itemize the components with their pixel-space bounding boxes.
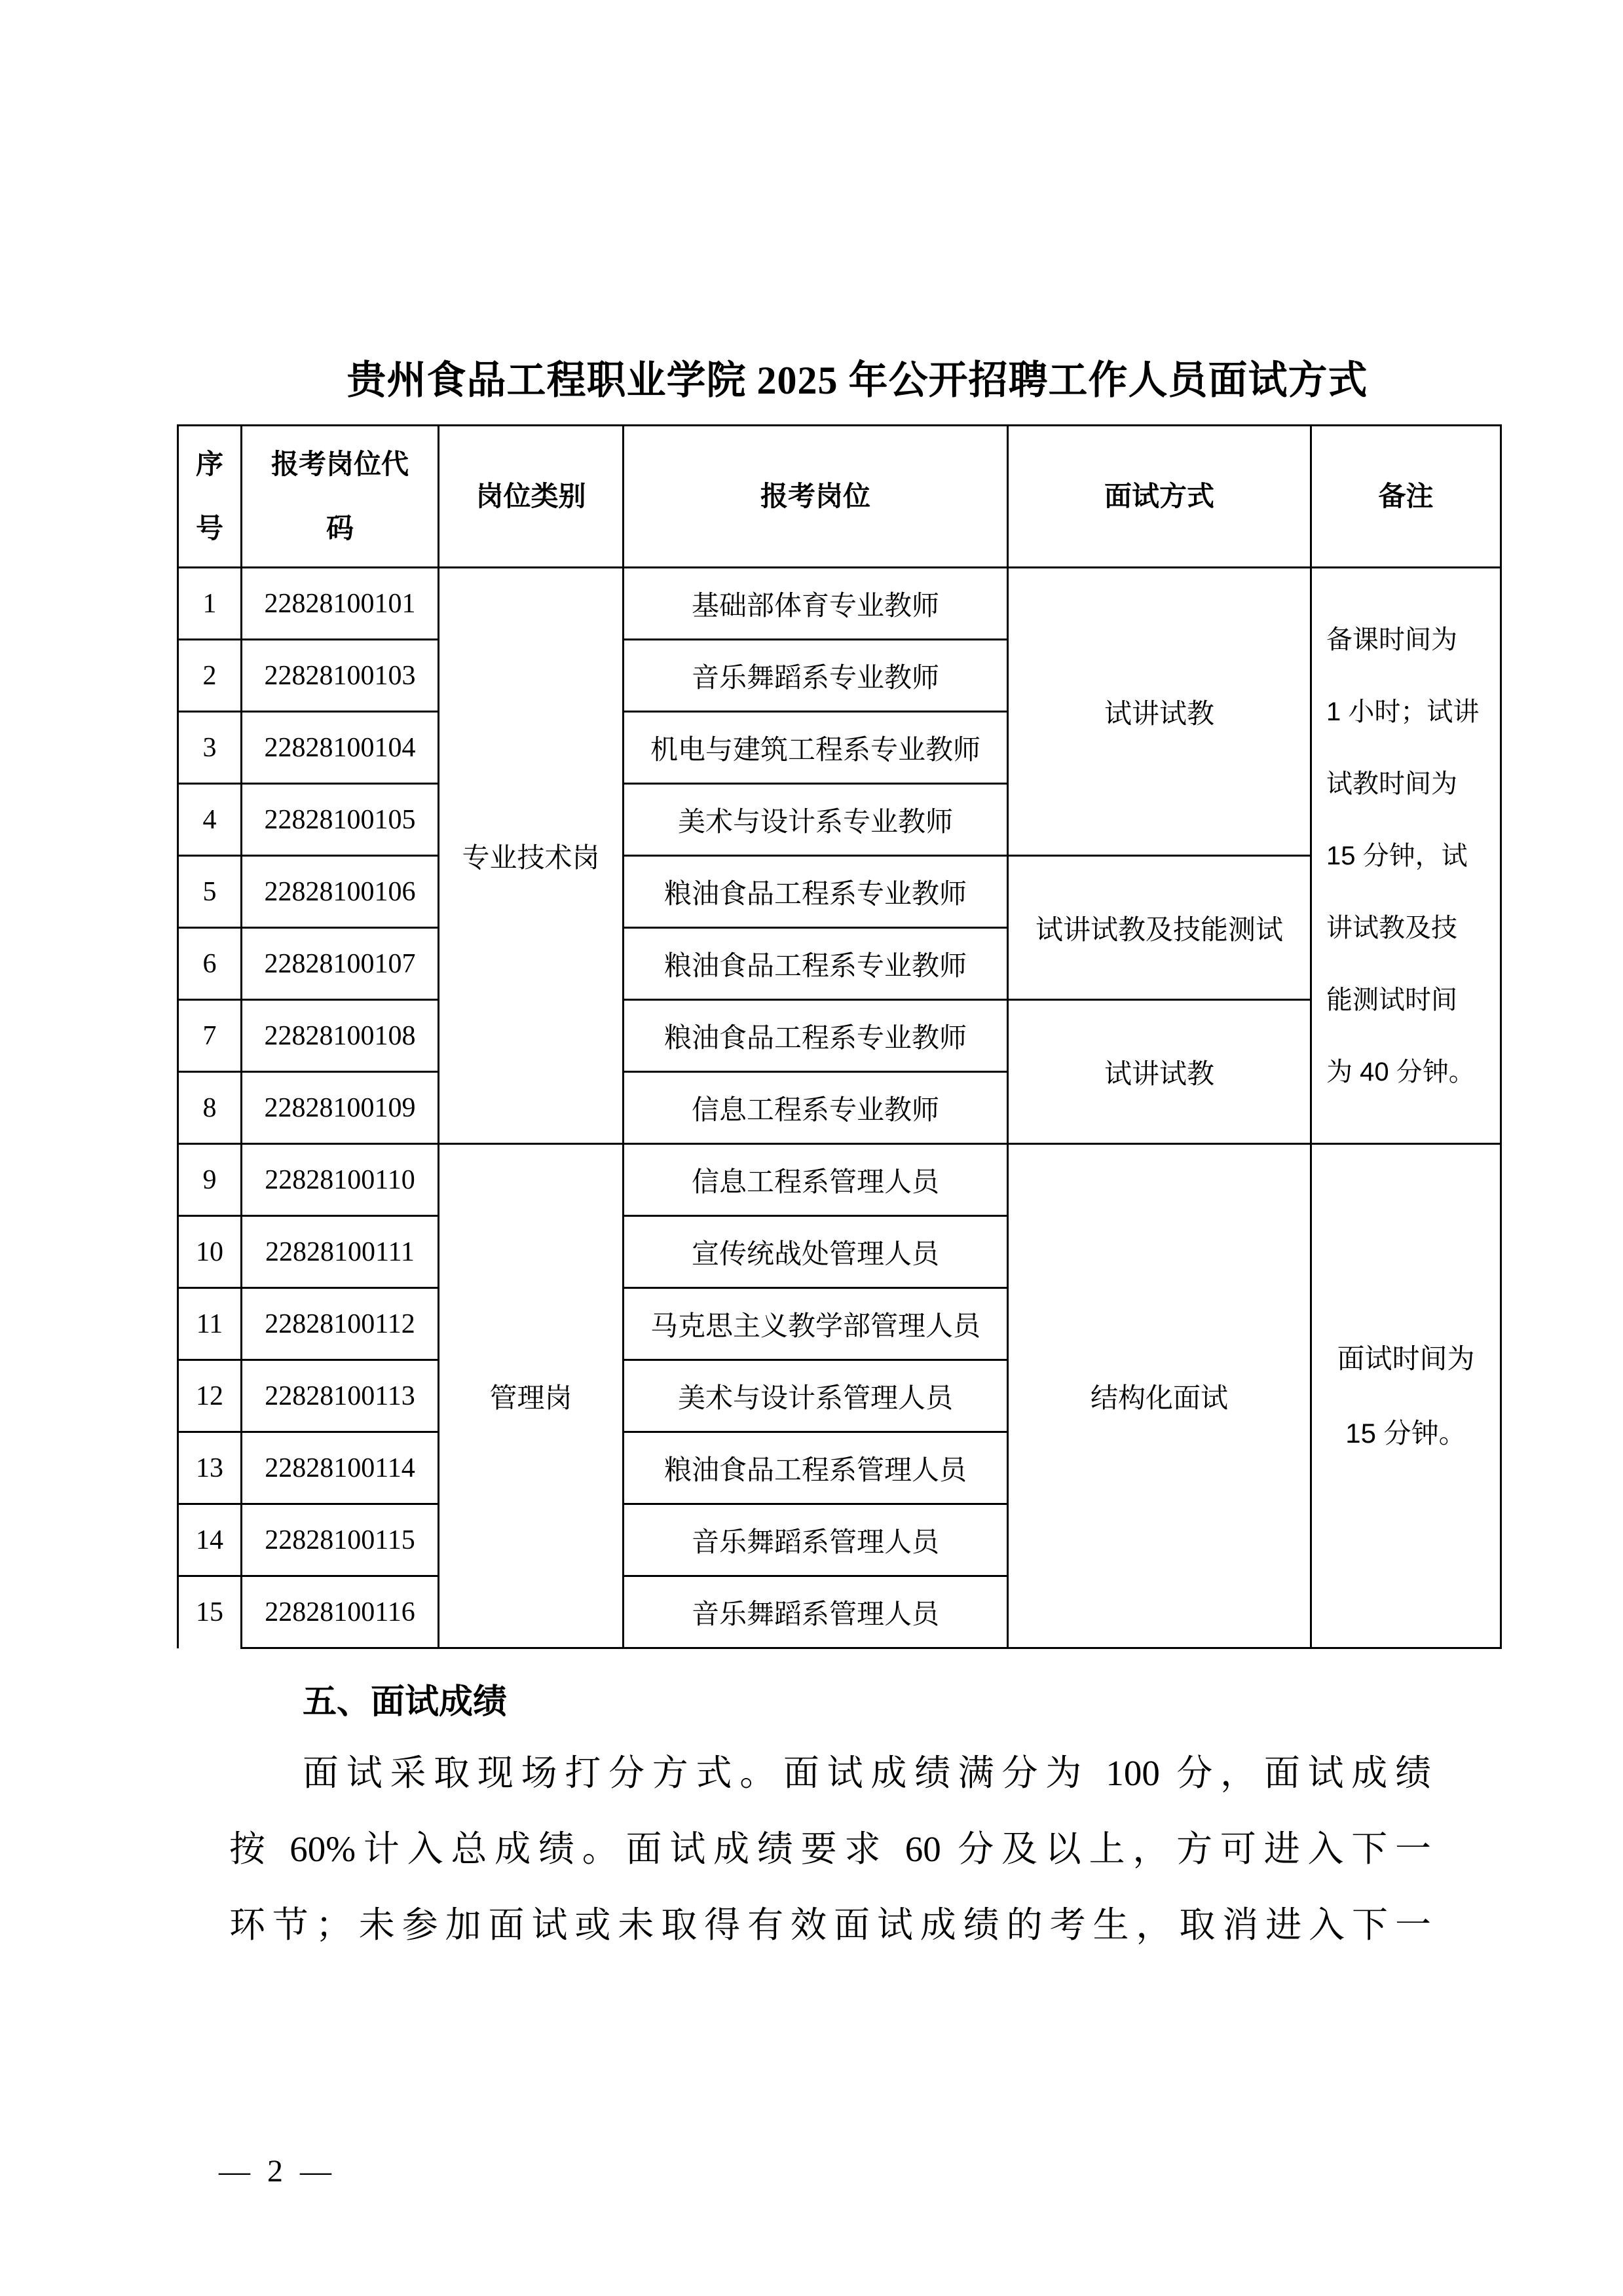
interview-method-table: 序 号 报考岗位代 码 岗位类别 报考岗位 面试方式 备注 1 22828100… (177, 424, 1502, 1649)
row-position: 音乐舞蹈系管理人员 (624, 1576, 1008, 1648)
paragraph-line: 面试采取现场打分方式。面试成绩满分为 100 分，面试成绩 (229, 1735, 1431, 1811)
row-code: 22828100114 (242, 1432, 439, 1504)
header-category: 岗位类别 (439, 426, 624, 568)
row-seq: 15 (178, 1576, 242, 1648)
row-seq: 2 (178, 640, 242, 712)
table-row: 7 22828100108 粮油食品工程系专业教师 试讲试教 (178, 1000, 1501, 1072)
row-code: 22828100116 (242, 1576, 439, 1648)
row-seq: 11 (178, 1288, 242, 1360)
table-body: 1 22828100101 专业技术岗 基础部体育专业教师 试讲试教 备课时间为… (178, 568, 1501, 1648)
row-seq: 5 (178, 856, 242, 928)
row-seq: 10 (178, 1216, 242, 1288)
row-position: 基础部体育专业教师 (624, 568, 1008, 640)
category-cell-professional: 专业技术岗 (439, 568, 624, 1144)
row-code: 22828100105 (242, 784, 439, 856)
row-position: 机电与建筑工程系专业教师 (624, 712, 1008, 784)
row-code: 22828100104 (242, 712, 439, 784)
row-position: 粮油食品工程系专业教师 (624, 928, 1008, 1000)
header-row: 序 号 报考岗位代 码 岗位类别 报考岗位 面试方式 备注 (178, 426, 1501, 568)
method-cell-2: 试讲试教及技能测试 (1008, 856, 1311, 1000)
row-code: 22828100115 (242, 1504, 439, 1576)
row-position: 马克思主义教学部管理人员 (624, 1288, 1008, 1360)
table-header: 序 号 报考岗位代 码 岗位类别 报考岗位 面试方式 备注 (178, 426, 1501, 568)
page-number: — 2 — (219, 2153, 331, 2189)
row-position: 粮油食品工程系管理人员 (624, 1432, 1008, 1504)
row-seq: 4 (178, 784, 242, 856)
row-code: 22828100106 (242, 856, 439, 928)
row-seq: 3 (178, 712, 242, 784)
row-seq: 8 (178, 1072, 242, 1144)
body-paragraph: 面试采取现场打分方式。面试成绩满分为 100 分，面试成绩 按 60%计入总成绩… (229, 1735, 1431, 1963)
document-page: 贵州食品工程职业学院 2025 年公开招聘工作人员面试方式 序 号 报考岗位代 … (0, 0, 1623, 2296)
table-row: 1 22828100101 专业技术岗 基础部体育专业教师 试讲试教 备课时间为… (178, 568, 1501, 640)
row-position: 美术与设计系专业教师 (624, 784, 1008, 856)
method-cell-1: 试讲试教 (1008, 568, 1311, 856)
row-code: 22828100109 (242, 1072, 439, 1144)
header-code: 报考岗位代 码 (242, 426, 439, 568)
row-seq: 6 (178, 928, 242, 1000)
row-seq: 13 (178, 1432, 242, 1504)
header-position: 报考岗位 (624, 426, 1008, 568)
header-seq: 序 号 (178, 426, 242, 568)
row-code: 22828100110 (242, 1144, 439, 1216)
header-method: 面试方式 (1008, 426, 1311, 568)
row-code: 22828100108 (242, 1000, 439, 1072)
row-code: 22828100112 (242, 1288, 439, 1360)
table-row: 9 22828100110 管理岗 信息工程系管理人员 结构化面试 面试时间为 … (178, 1144, 1501, 1216)
row-position: 音乐舞蹈系管理人员 (624, 1504, 1008, 1576)
section-heading: 五、面试成绩 (303, 1674, 507, 1723)
remark-cell-1: 备课时间为 1 小时；试讲 试教时间为 15 分钟，试 讲试教及技 能测试时间 … (1311, 568, 1501, 1144)
header-remark: 备注 (1311, 426, 1501, 568)
row-position: 音乐舞蹈系专业教师 (624, 640, 1008, 712)
row-seq: 12 (178, 1360, 242, 1432)
row-code: 22828100107 (242, 928, 439, 1000)
row-code: 22828100103 (242, 640, 439, 712)
row-seq: 14 (178, 1504, 242, 1576)
row-code: 22828100111 (242, 1216, 439, 1288)
row-position: 信息工程系专业教师 (624, 1072, 1008, 1144)
row-position: 粮油食品工程系专业教师 (624, 1000, 1008, 1072)
paragraph-line: 环节；未参加面试或未取得有效面试成绩的考生，取消进入下一 (229, 1887, 1431, 1963)
row-seq: 1 (178, 568, 242, 640)
method-cell-3: 试讲试教 (1008, 1000, 1311, 1144)
row-code: 22828100113 (242, 1360, 439, 1432)
row-position: 宣传统战处管理人员 (624, 1216, 1008, 1288)
remark-cell-2: 面试时间为 15 分钟。 (1311, 1144, 1501, 1648)
row-position: 美术与设计系管理人员 (624, 1360, 1008, 1432)
row-seq: 7 (178, 1000, 242, 1072)
row-position: 信息工程系管理人员 (624, 1144, 1008, 1216)
document-title: 贵州食品工程职业学院 2025 年公开招聘工作人员面试方式 (92, 357, 1623, 404)
table-row: 5 22828100106 粮油食品工程系专业教师 试讲试教及技能测试 (178, 856, 1501, 928)
category-cell-management: 管理岗 (439, 1144, 624, 1648)
row-position: 粮油食品工程系专业教师 (624, 856, 1008, 928)
row-code: 22828100101 (242, 568, 439, 640)
row-seq: 9 (178, 1144, 242, 1216)
paragraph-line: 按 60%计入总成绩。面试成绩要求 60 分及以上，方可进入下一 (229, 1811, 1431, 1887)
method-cell-4: 结构化面试 (1008, 1144, 1311, 1648)
